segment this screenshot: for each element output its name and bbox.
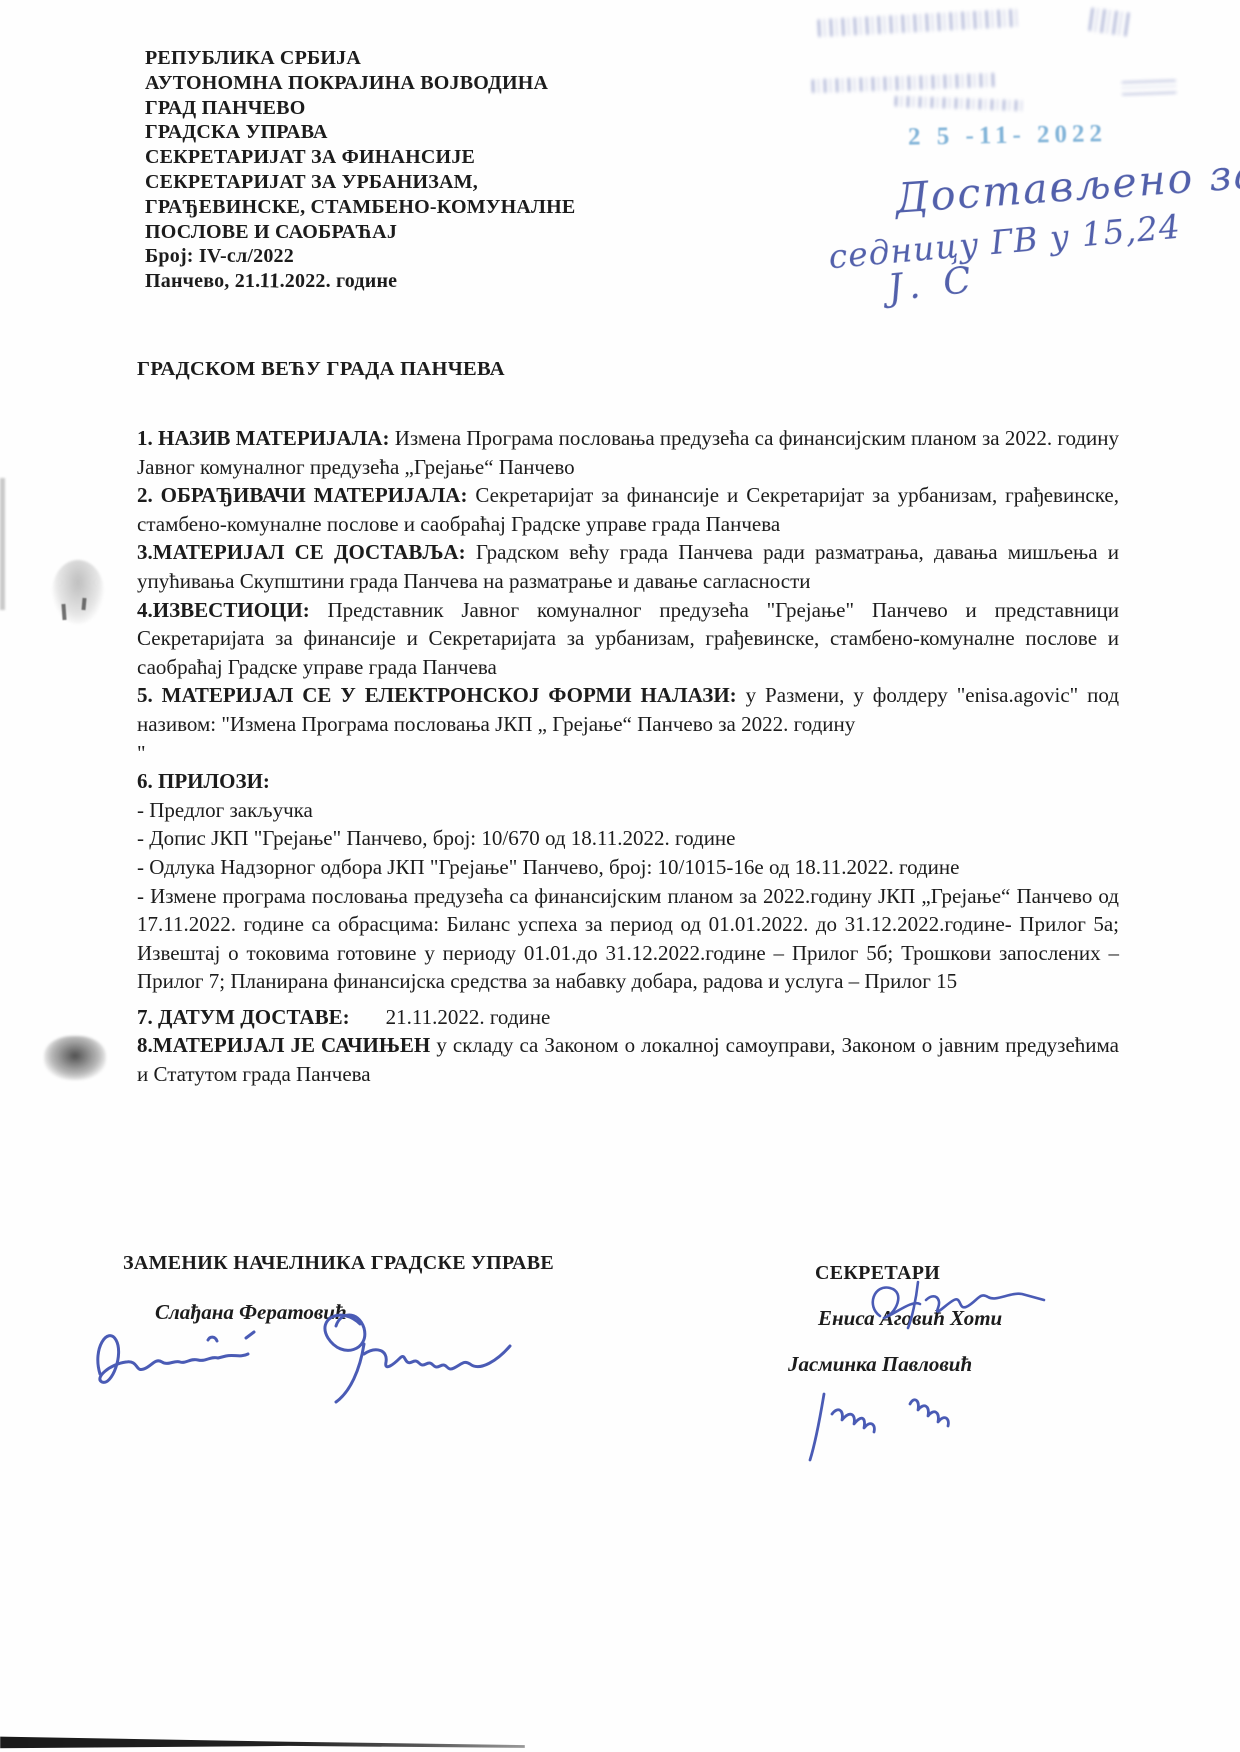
date-part: .2022. године [280, 270, 398, 292]
secretary-name-2: Јасминка Павловић [788, 1352, 972, 1377]
letterhead-line: АУТОНОМНА ПОКРАЈИНА ВОЈВОДИНА [145, 71, 765, 96]
place-and-date: Панчево, 21.11.2022. године [145, 269, 765, 294]
stamp-smudge-icon [895, 96, 1025, 112]
section-elektronska-forma: 5. МАТЕРИЈАЛ СЕ У ЕЛЕКТРОНСКОЈ ФОРМИ НАЛ… [137, 681, 1119, 767]
section-materijal-je-sacinjen: 8.МАТЕРИЈАЛ ЈЕ САЧИЊЕН у складу са Закон… [137, 1031, 1119, 1088]
document-number: Број: IV-сл/2022 [145, 244, 765, 269]
letterhead-line: ПОСЛОВЕ И САОБРАЋАЈ [145, 220, 765, 245]
stamp-smudge-icon [1121, 80, 1176, 96]
stamp-smudge-icon [1089, 7, 1132, 36]
handwritten-note-line: Достављено за [894, 149, 1240, 222]
letterhead: РЕПУБЛИКА СРБИЈА АУТОНОМНА ПОКРАЈИНА ВОЈ… [145, 46, 765, 294]
attachment-item: - Допис ЈКП "Грејање" Панчево, број: 10/… [137, 824, 1119, 853]
handwritten-initials: Ј. С [886, 259, 979, 309]
punch-hole-smudge [44, 1036, 106, 1080]
scanned-document-page: РЕПУБЛИКА СРБИЈА АУТОНОМНА ПОКРАЈИНА ВОЈ… [0, 0, 1240, 1752]
section-materijal-se-dostavlja: 3.МАТЕРИЈАЛ СЕ ДОСТАВЉА: Градском већу г… [137, 538, 1119, 595]
letterhead-line: ГРАД ПАНЧЕВО [145, 96, 765, 121]
letterhead-line: РЕПУБЛИКА СРБИЈА [145, 46, 765, 71]
document-body: 1. НАЗИВ МАТЕРИЈАЛА: Измена Програма пос… [137, 424, 1119, 1089]
section-label: 6. ПРИЛОЗИ: [137, 767, 1119, 796]
section-naziv-materijala: 1. НАЗИВ МАТЕРИЈАЛА: Измена Програма пос… [137, 424, 1119, 481]
attachment-item: - Измене програма пословања предузећа са… [137, 882, 1119, 996]
stamp-smudge-icon [818, 9, 1019, 37]
section-datum-dostave: 7. ДАТУМ ДОСТАВЕ:21.11.2022. године [137, 1003, 1119, 1032]
section-label: 5. МАТЕРИЈАЛ СЕ У ЕЛЕКТРОНСКОЈ ФОРМИ НАЛ… [137, 683, 737, 707]
section-label: 4.ИЗВЕСТИОЦИ: [137, 598, 310, 622]
section-prilozi: 6. ПРИЛОЗИ: - Предлог закључка - Допис Ј… [137, 767, 1119, 996]
stamp-smudge-icon [812, 73, 997, 93]
date-part: Панчево, 21. [145, 270, 260, 292]
delivery-date: 21.11.2022. године [386, 1003, 551, 1032]
handwritten-note-line: седницу ГВ у 15,24 [827, 207, 1182, 277]
signature-scribble-icon [298, 1304, 518, 1409]
deputy-chief-title: ЗАМЕНИК НАЧЕЛНИКА ГРАДСКЕ УПРАВЕ [123, 1252, 554, 1275]
letterhead-line: СЕКРЕТАРИЈАТ ЗА ФИНАНСИЈЕ [145, 145, 765, 170]
signature-scribble-icon [88, 1312, 303, 1407]
section-label: 7. ДАТУМ ДОСТАВЕ: [137, 1005, 350, 1029]
scan-edge-artifact [0, 1735, 525, 1749]
addressee-title: ГРАДСКОМ ВЕЋУ ГРАДА ПАНЧЕВА [137, 358, 505, 381]
letterhead-line: ГРАДСКА УПРАВА [145, 120, 765, 145]
signature-scribble-icon [806, 1382, 986, 1470]
punch-hole-smudge [52, 560, 104, 624]
section-obradjivaci-materijala: 2. ОБРАЂИВАЧИ МАТЕРИЈАЛА: Секретаријат з… [137, 481, 1119, 538]
scan-edge-artifact [0, 478, 5, 610]
stamp-date: 2 5 -11- 2022 [908, 120, 1098, 151]
trailing-quote: " [137, 739, 1119, 768]
signature-scribble-icon [858, 1264, 1053, 1342]
section-label: 2. ОБРАЂИВАЧИ МАТЕРИЈАЛА: [137, 483, 467, 507]
section-label: 8.МАТЕРИЈАЛ ЈЕ САЧИЊЕН [137, 1033, 430, 1057]
section-izvestioci: 4.ИЗВЕСТИОЦИ: Представник Јавног комунал… [137, 596, 1119, 682]
attachment-item: - Предлог закључка [137, 796, 1119, 825]
attachment-item: - Одлука Надзорног одбора ЈКП "Грејање" … [137, 853, 1119, 882]
section-label: 3.МАТЕРИЈАЛ СЕ ДОСТАВЉА: [137, 540, 466, 564]
section-label: 1. НАЗИВ МАТЕРИЈАЛА: [137, 426, 389, 450]
letterhead-line: ГРАЂЕВИНСКЕ, СТАМБЕНО-КОМУНАЛНЕ [145, 195, 765, 220]
letterhead-line: СЕКРЕТАРИЈАТ ЗА УРБАНИЗАМ, [145, 170, 765, 195]
handwritten-date-correction: 11 [259, 268, 280, 295]
